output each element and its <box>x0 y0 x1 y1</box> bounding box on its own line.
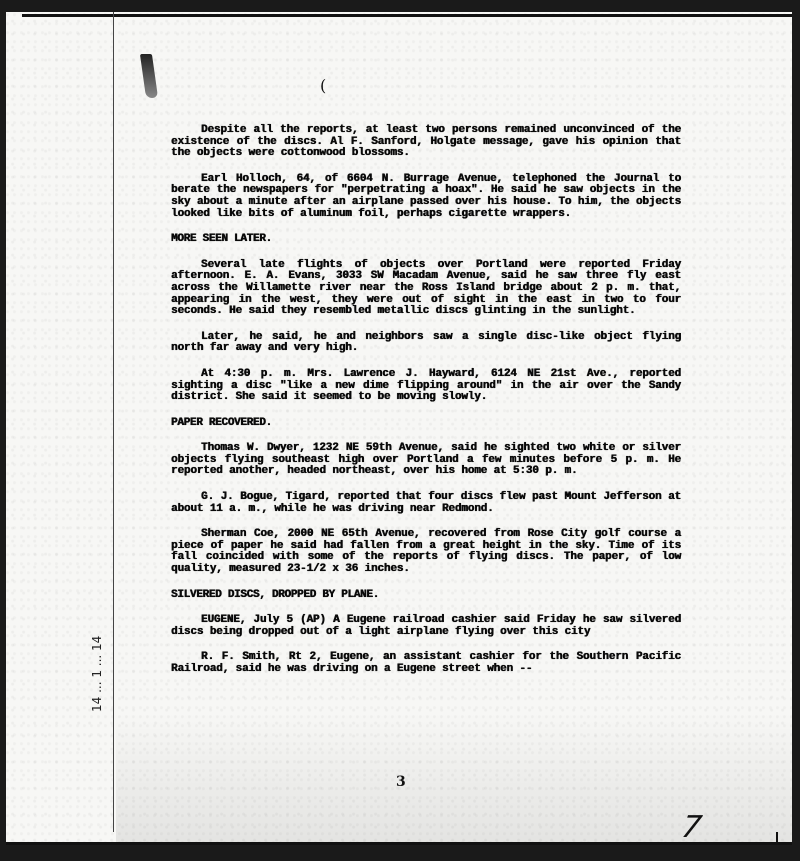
paragraph: Several late flights of objects over Por… <box>171 260 681 318</box>
section-heading: SILVERED DISCS, DROPPED BY PLANE. <box>171 590 681 602</box>
paragraph: EUGENE, July 5 (AP) A Eugene railroad ca… <box>171 615 681 638</box>
paragraph: Earl Holloch, 64, of 6604 N. Burrage Ave… <box>171 174 681 220</box>
document-body: Despite all the reports, at least two pe… <box>171 125 681 690</box>
section-heading: PAPER RECOVERED. <box>171 418 681 430</box>
paragraph: Thomas W. Dwyer, 1232 NE 59th Avenue, sa… <box>171 443 681 478</box>
left-margin-rule <box>113 12 114 832</box>
page-number: 3 <box>396 774 406 790</box>
scanned-page: ( Despite all the reports, at least two … <box>6 12 792 845</box>
section-heading: MORE SEEN LATER. <box>171 234 681 246</box>
paren-mark: ( <box>320 76 326 95</box>
top-border-rule <box>22 14 792 17</box>
paragraph: Despite all the reports, at least two pe… <box>171 125 681 160</box>
paragraph: R. F. Smith, Rt 2, Eugene, an assistant … <box>171 652 681 675</box>
bottom-border-rule <box>6 842 792 845</box>
paragraph: Later, he said, he and neighbors saw a s… <box>171 332 681 355</box>
paragraph: At 4:30 p. m. Mrs. Lawrence J. Hayward, … <box>171 369 681 404</box>
ink-mark <box>140 54 158 98</box>
margin-annotation: 14 ... 1 ... 14 <box>90 636 104 712</box>
paragraph: Sherman Coe, 2000 NE 65th Avenue, recove… <box>171 529 681 575</box>
paragraph: G. J. Bogue, Tigard, reported that four … <box>171 492 681 515</box>
